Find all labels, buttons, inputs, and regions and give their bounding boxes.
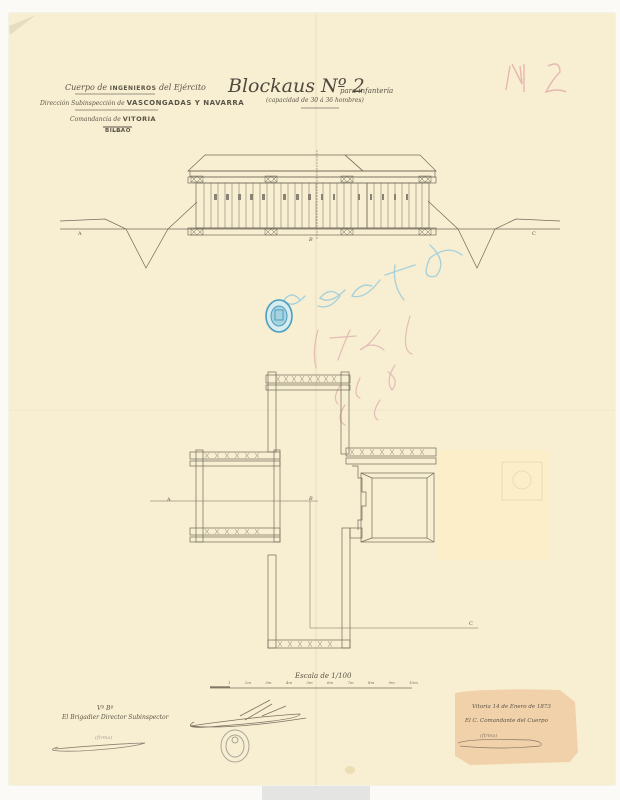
header-direction-line: Dirección Subinspección de VASCONGADAS Y… bbox=[40, 99, 244, 107]
blue-ink-stamp bbox=[266, 300, 292, 332]
commander-title: El C. Comandante del Cuerpo bbox=[465, 718, 548, 724]
brigadier-title: El Brigadier Director Subinspector bbox=[62, 714, 169, 721]
scale-tick: 4m bbox=[286, 680, 292, 685]
header-caps-text: VASCONGADAS Y NAVARRA bbox=[127, 99, 245, 107]
commander-signature: (firma) bbox=[480, 733, 497, 739]
header-caps-text: INGENIEROS bbox=[110, 85, 157, 92]
date-place-line: Vitoria 14 de Enero de 1873 bbox=[472, 704, 551, 710]
brigadier-signature: (firma) bbox=[95, 735, 112, 741]
embossed-seal bbox=[221, 730, 249, 762]
scale-tick: 3m bbox=[265, 680, 271, 685]
scale-tick: 5m bbox=[306, 680, 312, 685]
plan-label-c: C bbox=[469, 621, 473, 627]
folded-corner bbox=[9, 15, 36, 35]
header-command-line: Comandancia de VITORIA bbox=[70, 115, 156, 123]
scale-bar bbox=[210, 687, 412, 688]
pencil-annotations bbox=[284, 245, 462, 425]
header-corps-line: Cuerpo de INGENIEROS del Ejército bbox=[65, 83, 206, 92]
header-caps-text: VITORIA bbox=[123, 115, 156, 123]
header-text: Comandancia de bbox=[70, 116, 121, 123]
scale-tick: 9m bbox=[388, 680, 394, 685]
scale-tick: 2m bbox=[245, 680, 251, 685]
header-text: del Ejército bbox=[159, 83, 206, 92]
scale-title: Escala de 1/100 bbox=[295, 672, 351, 680]
floor-plan-drawing bbox=[150, 372, 478, 648]
pasted-paper-patch bbox=[438, 450, 550, 560]
scale-tick: 7m bbox=[347, 680, 353, 685]
scale-tick: 6m bbox=[327, 680, 333, 685]
elevation-label-b: B bbox=[309, 237, 313, 243]
header-text: Cuerpo de bbox=[65, 83, 107, 92]
plan-label-b: B bbox=[309, 496, 313, 502]
center-signature bbox=[190, 700, 306, 727]
scale-tick: 1 bbox=[228, 680, 231, 685]
elevation-label-c: C bbox=[532, 231, 536, 237]
plan-label-a: A bbox=[167, 497, 171, 503]
elevation-label-a: A bbox=[78, 231, 82, 237]
header-city: BILBAO bbox=[105, 128, 131, 134]
header-text: Dirección Subinspección de bbox=[40, 100, 125, 107]
title-suffix: para infantería bbox=[340, 87, 393, 95]
title-subtitle: (capacidad de 30 á 36 hombres) bbox=[266, 97, 364, 104]
scale-ticks: 1 2m 3m 4m 5m 6m 7m 8m 9m 10m bbox=[228, 680, 418, 685]
scale-tick: 10m bbox=[409, 680, 418, 685]
approval-mark: Vº Bº bbox=[97, 705, 113, 712]
scale-tick: 8m bbox=[368, 680, 374, 685]
archive-mark-red bbox=[506, 64, 566, 92]
orange-label-paper bbox=[455, 689, 578, 765]
elevation-drawing bbox=[60, 150, 560, 268]
